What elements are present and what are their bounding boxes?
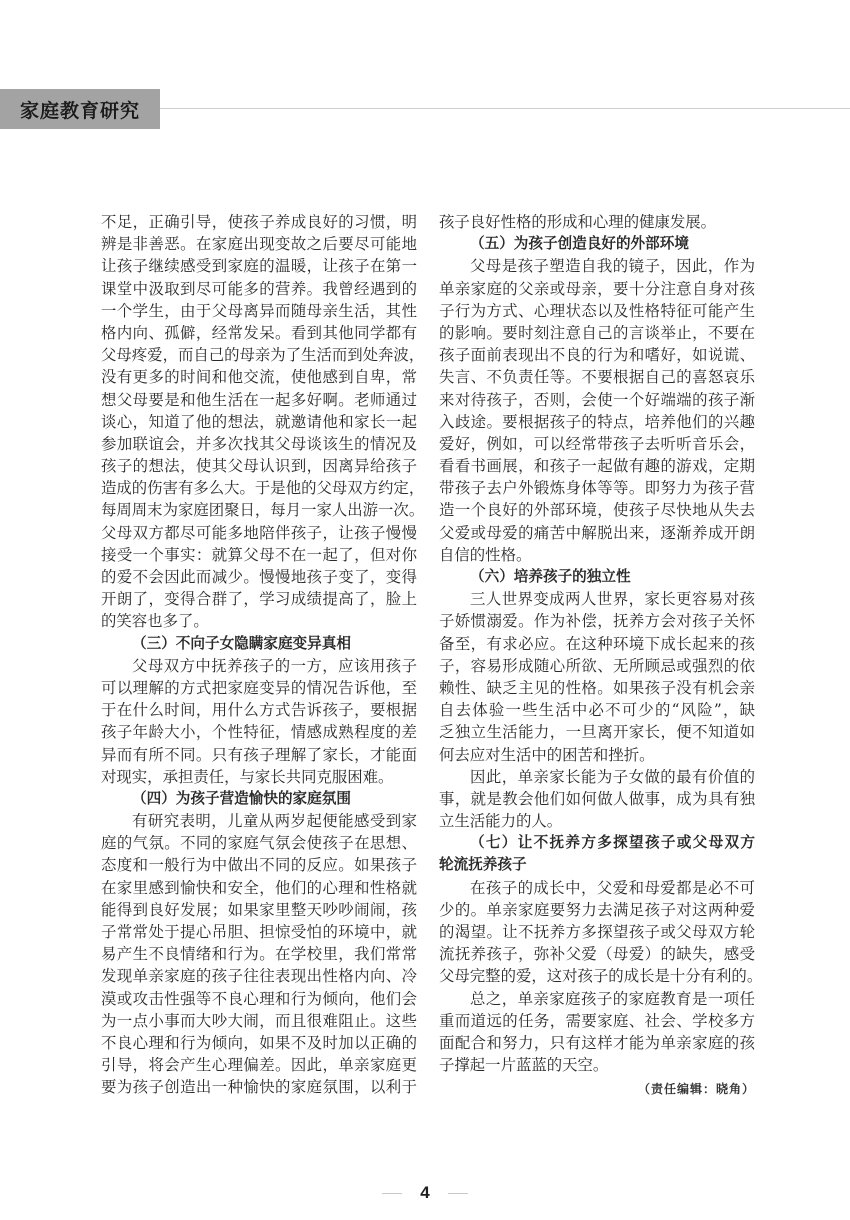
paragraph-last-line: 自信的性格。	[439, 544, 755, 566]
paragraph-first-line: 父母双方中抚养孩子的一方，应该用孩子	[101, 655, 417, 677]
text-line: 的影响。要时刻注意自己的言谈举止，不要在	[439, 322, 755, 344]
section-heading: （三）不向子女隐瞒家庭变异真相	[101, 633, 417, 655]
paragraph-last-line: 的笑容也多了。	[101, 610, 417, 632]
text-line: 孩子的想法，使其父母认识到，因离异给孩子	[101, 455, 417, 477]
text-line: 课堂中汲取到尽可能多的营养。我曾经遇到的	[101, 278, 417, 300]
text-line: 于在什么时间，用什么方式告诉孩子，要根据	[101, 699, 417, 721]
text-line: 父母双方都尽可能多地陪伴孩子，让孩子慢慢	[101, 522, 417, 544]
text-line: 单亲家庭的父亲或母亲，要十分注意自身对孩	[439, 278, 755, 300]
text-line: 乏独立生活能力，一旦离开家长，便不知道如	[439, 721, 755, 743]
text-line: 子行为方式、心理状态以及性格特征可能产生	[439, 300, 755, 322]
text-line: 为一点小事而大吵大闹，而且很难阻止。这些	[101, 1010, 417, 1032]
text-line: 发现单亲家庭的孩子往往表现出性格内向、冷	[101, 965, 417, 987]
text-line: 孩子面前表现出不良的行为和嗜好，如说谎、	[439, 344, 755, 366]
text-line: 备至，有求必应。在这种环境下成长起来的孩	[439, 633, 755, 655]
text-line: 赖性、缺乏主见的性格。如果孩子没有机会亲	[439, 677, 755, 699]
text-line: 可以理解的方式把家庭变异的情况告诉他，至	[101, 677, 417, 699]
text-line: 父母疼爱，而自己的母亲为了生活而到处奔波，	[101, 344, 417, 366]
text-line: 面配合和努力，只有这样才能为单亲家庭的孩	[439, 1032, 755, 1054]
text-line: 入歧途。要根据孩子的特点，培养他们的兴趣	[439, 411, 755, 433]
text-line: 一个学生，由于父母离异而随母亲生活，其性	[101, 300, 417, 322]
right-text-column: 孩子良好性格的形成和心理的健康发展。（五）为孩子创造良好的外部环境父母是孩子塑造…	[439, 211, 755, 1102]
section-header-tab: 家庭教育研究	[0, 89, 160, 129]
text-line: 子娇惯溺爱。作为补偿，抚养方会对孩子关怀	[439, 610, 755, 632]
text-line: 谈心，知道了他的想法，就邀请他和家长一起	[101, 411, 417, 433]
text-line: 看看书画展，和孩子一起做有趣的游戏，定期	[439, 455, 755, 477]
left-text-column: 不足，正确引导，使孩子养成良好的习惯，明辨是非善恶。在家庭出现变故之后要尽可能地…	[101, 211, 417, 1099]
paragraph-first-line: 总之，单亲家庭孩子的家庭教育是一项任	[439, 988, 755, 1010]
section-heading: （五）为孩子创造良好的外部环境	[439, 233, 755, 255]
paragraph-last-line: 何去应对生活中的困苦和挫折。	[439, 744, 755, 766]
paragraph-first-line: 父母是孩子塑造自我的镜子，因此，作为	[439, 255, 755, 277]
text-line: 自去体验一些生活中必不可少的“风险”，缺	[439, 699, 755, 721]
text-line: 流抚养孩子，弥补父爱（母爱）的缺失，感受	[439, 943, 755, 965]
text-line: 每周周末为家庭团聚日，每月一家人出游一次。	[101, 499, 417, 521]
text-line: 庭的气氛。不同的家庭气氛会使孩子在思想、	[101, 832, 417, 854]
section-heading: （六）培养孩子的独立性	[439, 566, 755, 588]
text-line: 参加联谊会，并多次找其父母谈该生的情况及	[101, 433, 417, 455]
text-line: 不良心理和行为倾向，如果不及时加以正确的	[101, 1032, 417, 1054]
paragraph-first-line: 因此，单亲家长能为子女做的最有价值的	[439, 766, 755, 788]
paragraph-last-line: 子撑起一片蓝蓝的天空。	[439, 1054, 755, 1076]
section-title: 家庭教育研究	[20, 96, 140, 123]
page-number: 4	[420, 1183, 429, 1203]
text-line: 易产生不良情绪和行为。在学校里，我们常常	[101, 943, 417, 965]
editor-credit: （责任编辑：晓角）	[439, 1076, 755, 1102]
text-line: 要为孩子创造出一种愉快的家庭氛围，以利于	[101, 1076, 417, 1098]
text-line: 子，容易形成随心所欲、无所顾忌或强烈的依	[439, 655, 755, 677]
text-line: 引导，将会产生心理偏差。因此，单亲家庭更	[101, 1054, 417, 1076]
text-line: 少的。单亲家庭要努力去满足孩子对这两种爱	[439, 899, 755, 921]
text-line: 来对待孩子，否则，会使一个好端端的孩子渐	[439, 389, 755, 411]
text-line: 辨是非善恶。在家庭出现变故之后要尽可能地	[101, 233, 417, 255]
text-line: 的渴望。让不抚养方多探望孩子或父母双方轮	[439, 921, 755, 943]
text-line: 接受一个事实：就算父母不在一起了，但对你	[101, 544, 417, 566]
paragraph-last-line: 对现实，承担责任，与家长共同克服困难。	[101, 766, 417, 788]
footer-dash-left	[382, 1193, 402, 1194]
section-heading: （四）为孩子营造愉快的家庭氛围	[101, 788, 417, 810]
text-line: 不足，正确引导，使孩子养成良好的习惯，明	[101, 211, 417, 233]
text-line: 异而有所不同。只有孩子理解了家长，才能面	[101, 744, 417, 766]
text-line: 带孩子去户外锻炼身体等等。即努力为孩子营	[439, 477, 755, 499]
text-line: 子常常处于提心吊胆、担惊受怕的环境中，就	[101, 921, 417, 943]
text-line: 重而道远的任务，需要家庭、社会、学校多方	[439, 1010, 755, 1032]
text-line: 事，就是教会他们如何做人做事，成为具有独	[439, 788, 755, 810]
text-line: 态度和一般行为中做出不同的反应。如果孩子	[101, 854, 417, 876]
text-line: 父爱或母爱的痛苦中解脱出来，逐渐养成开朗	[439, 522, 755, 544]
text-line: 爱好，例如，可以经常带孩子去听听音乐会，	[439, 433, 755, 455]
paragraph-first-line: 三人世界变成两人世界，家长更容易对孩	[439, 588, 755, 610]
section-heading-continued: 轮流抚养孩子	[439, 854, 755, 876]
text-line: 的爱不会因此而减少。慢慢地孩子变了，变得	[101, 566, 417, 588]
header-divider	[160, 108, 850, 109]
paragraph-last-line: 立生活能力的人。	[439, 810, 755, 832]
text-line: 开朗了，变得合群了，学习成绩提高了，脸上	[101, 588, 417, 610]
text-line: 造一个良好的外部环境，使孩子尽快地从失去	[439, 499, 755, 521]
text-line: 漠或攻击性强等不良心理和行为倾向，他们会	[101, 988, 417, 1010]
text-line: 父母完整的爱，这对孩子的成长是十分有利的。	[439, 965, 755, 987]
footer-dash-right	[448, 1193, 468, 1194]
text-line: 格内向、孤僻，经常发呆。看到其他同学都有	[101, 322, 417, 344]
text-line: 孩子年龄大小，个性特征，情感成熟程度的差	[101, 721, 417, 743]
text-line: 失言、不负责任等。不要根据自己的喜怒哀乐	[439, 366, 755, 388]
text-line: 能得到良好发展；如果家里整天吵吵闹闹，孩	[101, 899, 417, 921]
text-line: 想父母要是和他生活在一起多好啊。老师通过	[101, 389, 417, 411]
text-line: 让孩子继续感受到家庭的温暖，让孩子在第一	[101, 255, 417, 277]
paragraph-last-line: 孩子良好性格的形成和心理的健康发展。	[439, 211, 755, 233]
section-heading: （七）让不抚养方多探望孩子或父母双方	[439, 832, 755, 854]
paragraph-first-line: 有研究表明，儿童从两岁起便能感受到家	[101, 810, 417, 832]
text-line: 没有更多的时间和他交流，使他感到自卑，常	[101, 366, 417, 388]
text-line: 造成的伤害有多么大。于是他的父母双方约定，	[101, 477, 417, 499]
page-footer: 4	[0, 1178, 850, 1208]
paragraph-first-line: 在孩子的成长中，父爱和母爱都是必不可	[439, 877, 755, 899]
text-line: 在家里感到愉快和安全，他们的心理和性格就	[101, 877, 417, 899]
